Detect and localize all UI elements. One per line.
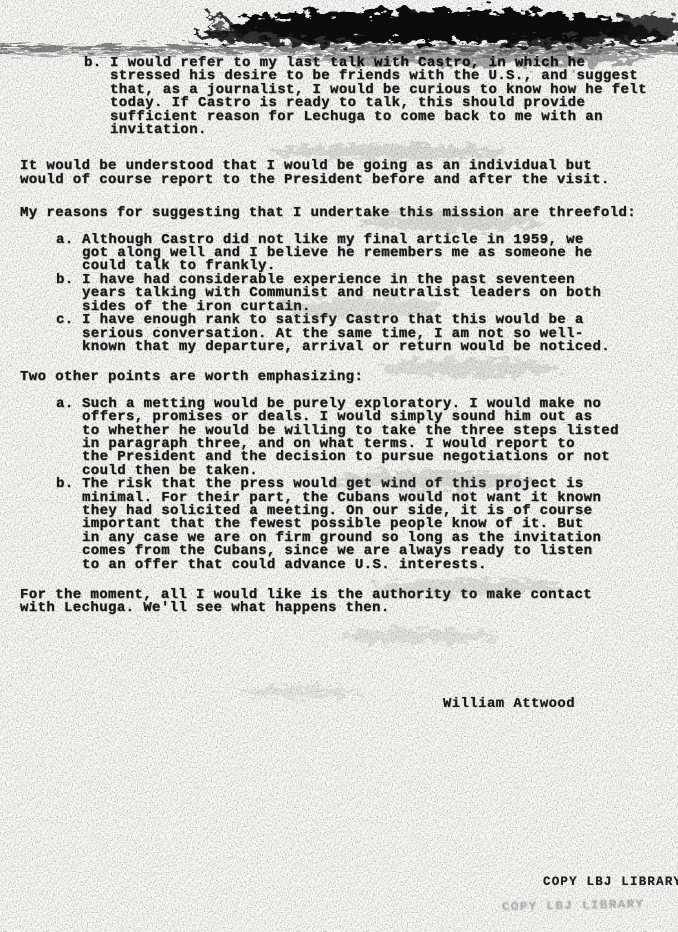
list-marker: b. [56, 478, 82, 572]
list-item: a. Although Castro did not like my final… [56, 234, 660, 274]
list-marker: a. [56, 234, 82, 274]
list-item: c. I have enough rank to satisfy Castro … [56, 314, 660, 354]
paragraph-text: Such a metting would be purely explorato… [82, 398, 660, 478]
lbj-copy-stamp-faint: COPY LBJ LIBRARY [502, 898, 645, 914]
signature: William Attwood [443, 697, 575, 711]
document-page: b. I would refer to my last talk with Ca… [0, 0, 678, 932]
paragraph-closing: For the moment, all I would like is the … [20, 589, 656, 616]
paragraph-text: I have had considerable experience in th… [82, 274, 660, 314]
list-item: b. The risk that the press would get win… [56, 478, 660, 572]
paragraph-text: I have enough rank to satisfy Castro tha… [82, 314, 660, 354]
list-marker: c. [56, 314, 82, 354]
paragraph-text: The risk that the press would get wind o… [82, 478, 660, 572]
paragraph-reasons-intro: My reasons for suggesting that I underta… [20, 207, 656, 220]
list-item: b. I have had considerable experience in… [56, 274, 660, 314]
list-marker: b. [84, 57, 110, 137]
paragraph-text: Although Castro did not like my final ar… [82, 234, 660, 274]
paragraph-lead-item: b. I would refer to my last talk with Ca… [84, 57, 660, 137]
document-body: b. I would refer to my last talk with Ca… [0, 57, 678, 616]
lbj-copy-stamp: COPY LBJ LIBRARY [543, 875, 678, 889]
circle-stamp-mark [207, 15, 229, 37]
points-list: a. Such a metting would be purely explor… [56, 398, 660, 572]
paragraph-understood: It would be understood that I would be g… [20, 160, 656, 187]
paragraph-text: I would refer to my last talk with Castr… [110, 57, 660, 137]
list-marker: b. [56, 274, 82, 314]
list-item: a. Such a metting would be purely explor… [56, 398, 660, 478]
list-marker: a. [56, 398, 82, 478]
reasons-list: a. Although Castro did not like my final… [56, 234, 660, 355]
paragraph-points-intro: Two other points are worth emphasizing: [20, 371, 656, 384]
